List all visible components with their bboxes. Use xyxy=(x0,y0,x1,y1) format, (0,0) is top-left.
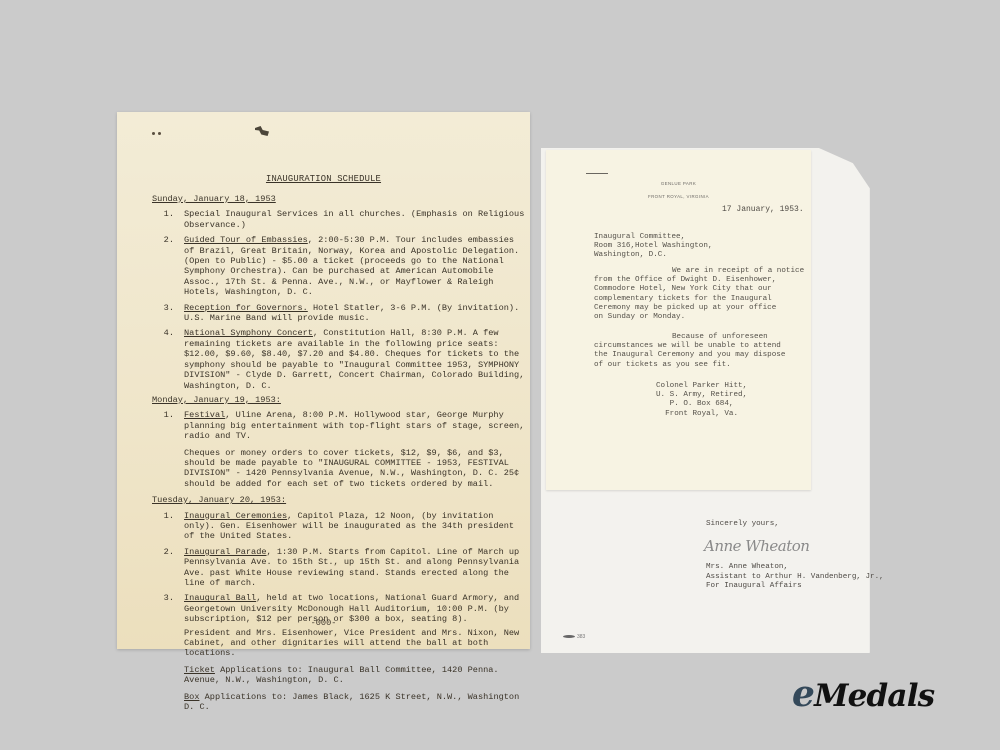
schedule-title: INAUGURATION SCHEDULE xyxy=(117,174,530,184)
schedule-item: 3. Reception for Governors. Hotel Statle… xyxy=(152,303,527,324)
schedule-body: Sunday, January 18, 1953 1. Special Inau… xyxy=(152,192,527,712)
letter-date: 17 January, 1953. xyxy=(722,205,804,214)
letter-address: Inaugural Committee, Room 316,Hotel Wash… xyxy=(594,233,712,261)
day-heading: Tuesday, January 20, 1953: xyxy=(152,495,527,505)
paper-mark xyxy=(152,128,166,132)
day-heading: Monday, January 19, 1953: xyxy=(152,395,527,405)
schedule-item: 1. Special Inaugural Services in all chu… xyxy=(152,209,527,230)
letter-signature-block: Colonel Parker Hitt, U. S. Army, Retired… xyxy=(656,382,747,419)
schedule-note: Ticket Applications to: Inaugural Ball C… xyxy=(184,665,527,686)
schedule-note: President and Mrs. Eisenhower, Vice Pres… xyxy=(184,628,527,659)
hitt-letter: GENLUE PARK FRONT ROYAL, VIRGINIA 17 Jan… xyxy=(546,150,811,490)
reply-closing: Sincerely yours, xyxy=(706,520,779,530)
day-heading: Sunday, January 18, 1953 xyxy=(152,194,527,204)
paper-stain xyxy=(255,126,269,136)
letter-paragraph: We are in receipt of a notice from the O… xyxy=(594,267,824,322)
reply-signer: Mrs. Anne Wheaton, Assistant to Arthur H… xyxy=(706,563,884,592)
schedule-note: Cheques or money orders to cover tickets… xyxy=(184,448,527,490)
schedule-item: 2. Guided Tour of Embassies, 2:00-5:30 P… xyxy=(152,235,527,297)
letterhead-location: FRONT ROYAL, VIRGINIA xyxy=(546,192,811,201)
schedule-item: 1. Inaugural Ceremonies, Capitol Plaza, … xyxy=(152,511,527,542)
handwritten-signature: Anne Wheaton xyxy=(704,537,809,555)
emedals-logo: eMedals xyxy=(792,673,934,715)
end-mark: -000- xyxy=(117,618,530,628)
inauguration-schedule-document: INAUGURATION SCHEDULE Sunday, January 18… xyxy=(117,112,530,649)
union-bug-icon xyxy=(563,635,575,638)
schedule-note: Box Applications to: James Black, 1625 K… xyxy=(184,692,527,713)
schedule-item: 1. Festival, Uline Arena, 8:00 P.M. Holl… xyxy=(152,410,527,441)
schedule-item: 4. National Symphony Concert, Constituti… xyxy=(152,328,527,390)
printer-mark: 383 xyxy=(563,634,585,640)
letter-mark xyxy=(586,173,608,174)
schedule-item: 2. Inaugural Parade, 1:30 P.M. Starts fr… xyxy=(152,547,527,589)
letter-paragraph: Because of unforeseen circumstances we w… xyxy=(594,333,824,370)
letterhead-name: GENLUE PARK xyxy=(546,179,811,188)
